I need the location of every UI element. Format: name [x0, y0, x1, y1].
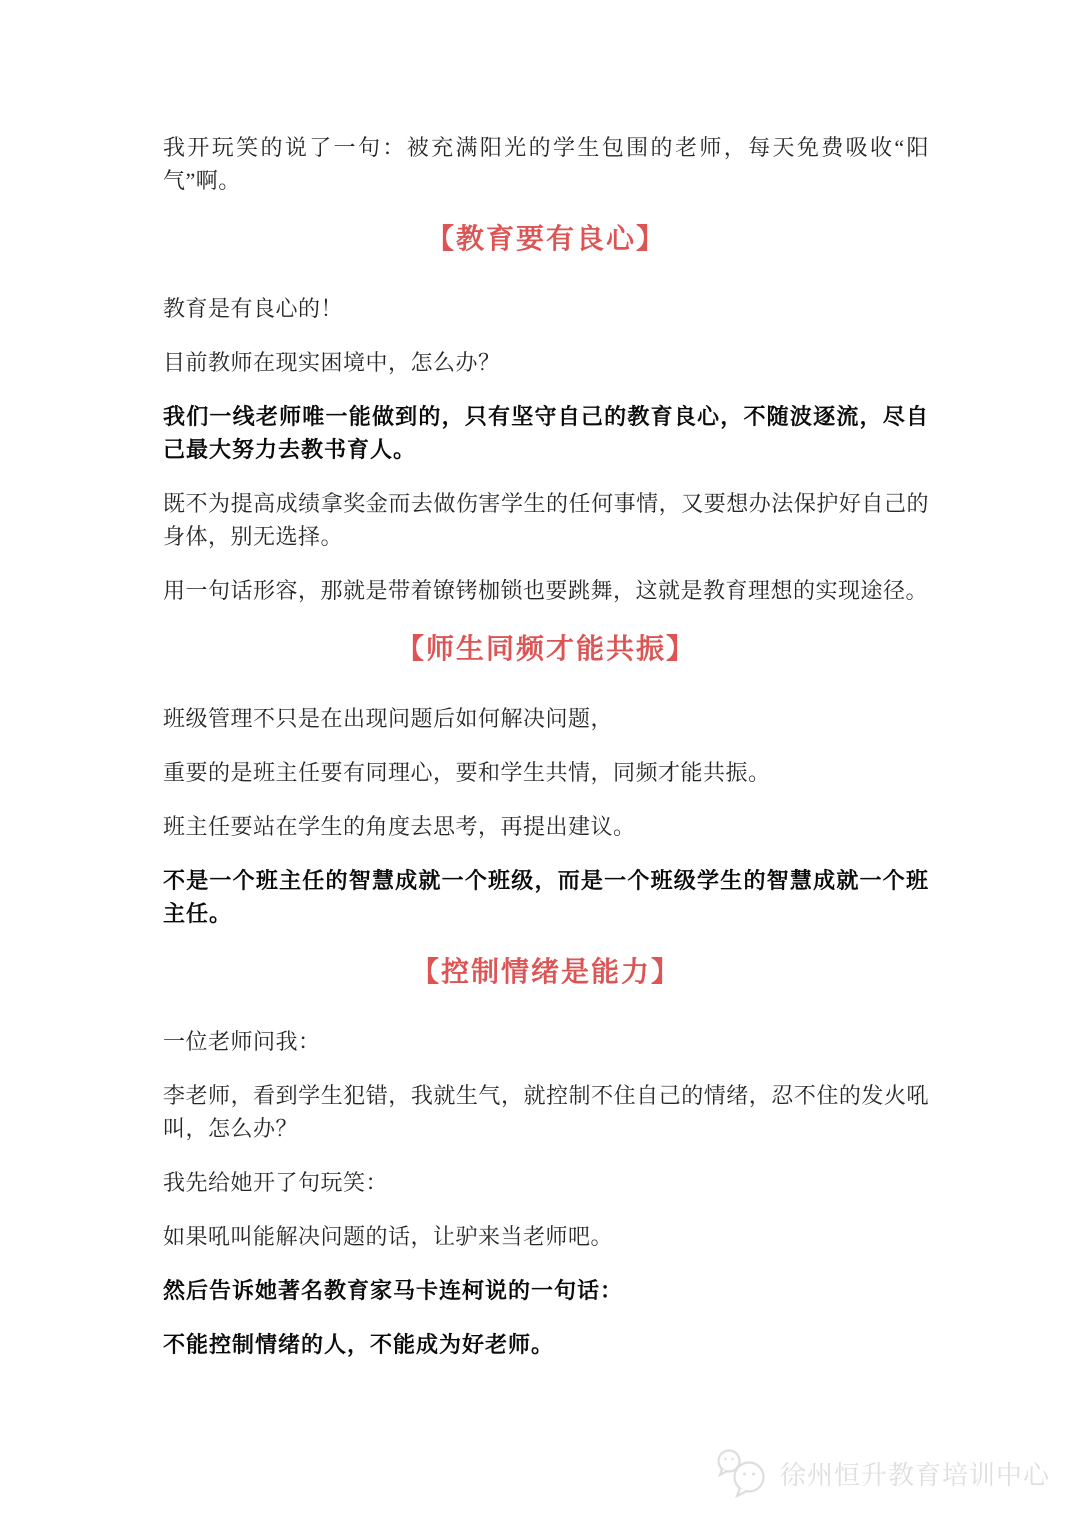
paragraph: 用一句话形容，那就是带着镣铐枷锁也要跳舞，这就是教育理想的实现途径。	[163, 574, 929, 607]
watermark: 徐州恒升教育培训中心	[714, 1448, 1050, 1498]
emphasis-paragraph: 不能控制情绪的人，不能成为好老师。	[163, 1328, 929, 1361]
section-heading-resonance: 【师生同频才能共振】	[163, 628, 929, 670]
article-page: 我开玩笑的说了一句：被充满阳光的学生包围的老师，每天免费吸收“阳气”啊。 【教育…	[0, 0, 1080, 1527]
paragraph: 教育是有良心的！	[163, 292, 929, 325]
chat-bubbles-icon	[714, 1448, 772, 1498]
paragraph: 既不为提高成绩拿奖金而去做伤害学生的任何事情，又要想办法保护好自己的身体，别无选…	[163, 487, 929, 553]
paragraph: 目前教师在现实困境中，怎么办？	[163, 346, 929, 379]
watermark-label: 徐州恒升教育培训中心	[780, 1455, 1050, 1492]
paragraph: 一位老师问我：	[163, 1025, 929, 1058]
paragraph: 重要的是班主任要有同理心，要和学生共情，同频才能共振。	[163, 756, 929, 789]
intro-paragraph: 我开玩笑的说了一句：被充满阳光的学生包围的老师，每天免费吸收“阳气”啊。	[163, 131, 929, 197]
emphasis-paragraph: 然后告诉她著名教育家马卡连柯说的一句话：	[163, 1274, 929, 1307]
emphasis-paragraph: 我们一线老师唯一能做到的，只有坚守自己的教育良心，不随波逐流，尽自己最大努力去教…	[163, 400, 929, 466]
paragraph: 我先给她开了句玩笑：	[163, 1166, 929, 1199]
section-heading-conscience: 【教育要有良心】	[163, 218, 929, 260]
emphasis-paragraph: 不是一个班主任的智慧成就一个班级，而是一个班级学生的智慧成就一个班主任。	[163, 864, 929, 930]
article-body: 我开玩笑的说了一句：被充满阳光的学生包围的老师，每天免费吸收“阳气”啊。 【教育…	[163, 131, 929, 1382]
paragraph: 班级管理不只是在出现问题后如何解决问题，	[163, 702, 929, 735]
paragraph: 如果吼叫能解决问题的话，让驴来当老师吧。	[163, 1220, 929, 1253]
paragraph: 班主任要站在学生的角度去思考，再提出建议。	[163, 810, 929, 843]
paragraph: 李老师，看到学生犯错，我就生气，就控制不住自己的情绪，忍不住的发火吼叫，怎么办？	[163, 1079, 929, 1145]
section-heading-emotion: 【控制情绪是能力】	[163, 951, 929, 993]
